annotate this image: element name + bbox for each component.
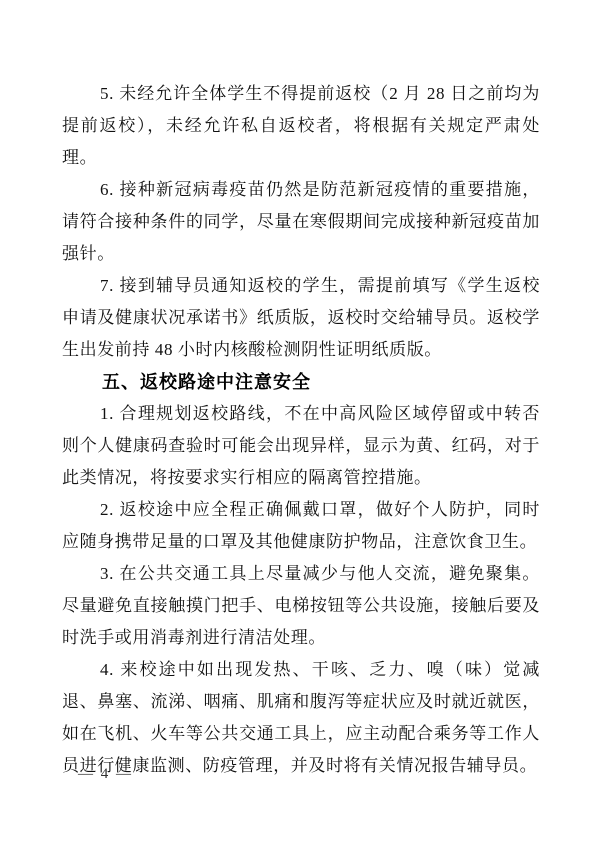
page-number: — 4 — [78,766,133,783]
paragraph-item-7: 7. 接到辅导员通知返校的学生，需提前填写《学生返校申请及健康状况承诺书》纸质版… [62,270,540,366]
page-content: 5. 未经允许全体学生不得提前返校（2 月 28 日之前均为提前返校），未经允许… [62,78,540,782]
paragraph-item-1: 1. 合理规划返校路线，不在中高风险区域停留或中转否则个人健康码查验时可能会出现… [62,398,540,494]
section-heading-safety-on-route: 五、返校路途中注意安全 [62,366,540,398]
paragraph-item-3: 3. 在公共交通工具上尽量减少与他人交流，避免聚集。尽量避免直接触摸门把手、电梯… [62,558,540,654]
paragraph-item-4: 4. 来校途中如出现发热、干咳、乏力、嗅（味）觉减退、鼻塞、流涕、咽痛、肌痛和腹… [62,654,540,782]
paragraph-item-2: 2. 返校途中应全程正确佩戴口罩，做好个人防护，同时应随身携带足量的口罩及其他健… [62,494,540,558]
document-page: 5. 未经允许全体学生不得提前返校（2 月 28 日之前均为提前返校），未经允许… [0,0,600,848]
paragraph-item-5: 5. 未经允许全体学生不得提前返校（2 月 28 日之前均为提前返校），未经允许… [62,78,540,174]
paragraph-item-6: 6. 接种新冠病毒疫苗仍然是防范新冠疫情的重要措施，请符合接种条件的同学，尽量在… [62,174,540,270]
